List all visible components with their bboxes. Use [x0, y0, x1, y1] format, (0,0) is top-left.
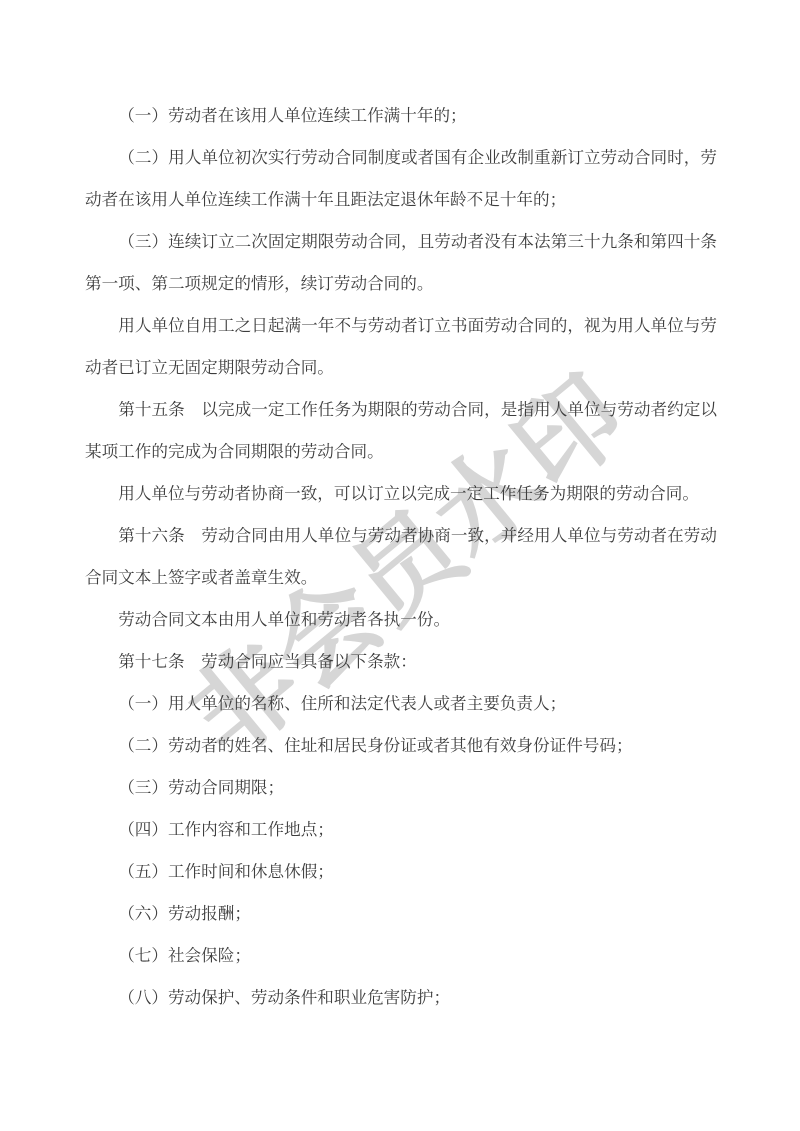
paragraph: 第十五条 以完成一定工作任务为期限的劳动合同，是指用人单位与劳动者约定以某项工作…: [85, 389, 717, 473]
paragraph: 用人单位自用工之日起满一年不与劳动者订立书面劳动合同的，视为用人单位与劳动者已订…: [85, 305, 717, 389]
paragraph: （六）劳动报酬；: [85, 893, 717, 935]
paragraph: （二）劳动者的姓名、住址和居民身份证或者其他有效身份证件号码；: [85, 725, 717, 767]
paragraph: （一）用人单位的名称、住所和法定代表人或者主要负责人；: [85, 683, 717, 725]
paragraph: （三）劳动合同期限；: [85, 767, 717, 809]
paragraph: （三）连续订立二次固定期限劳动合同，且劳动者没有本法第三十九条和第四十条第一项、…: [85, 221, 717, 305]
paragraph: 第十七条 劳动合同应当具备以下条款：: [85, 641, 717, 683]
paragraph: 用人单位与劳动者协商一致，可以订立以完成一定工作任务为期限的劳动合同。: [85, 473, 717, 515]
document-page: 非会员水印 （一）劳动者在该用人单位连续工作满十年的；（二）用人单位初次实行劳动…: [0, 0, 800, 1131]
paragraph: （二）用人单位初次实行劳动合同制度或者国有企业改制重新订立劳动合同时，劳动者在该…: [85, 137, 717, 221]
paragraph: （五）工作时间和休息休假；: [85, 851, 717, 893]
document-body: （一）劳动者在该用人单位连续工作满十年的；（二）用人单位初次实行劳动合同制度或者…: [85, 95, 717, 1019]
paragraph: （七）社会保险；: [85, 935, 717, 977]
paragraph: （四）工作内容和工作地点；: [85, 809, 717, 851]
paragraph: 第十六条 劳动合同由用人单位与劳动者协商一致，并经用人单位与劳动者在劳动合同文本…: [85, 515, 717, 599]
paragraph: （八）劳动保护、劳动条件和职业危害防护；: [85, 977, 717, 1019]
paragraph: 劳动合同文本由用人单位和劳动者各执一份。: [85, 599, 717, 641]
paragraph: （一）劳动者在该用人单位连续工作满十年的；: [85, 95, 717, 137]
